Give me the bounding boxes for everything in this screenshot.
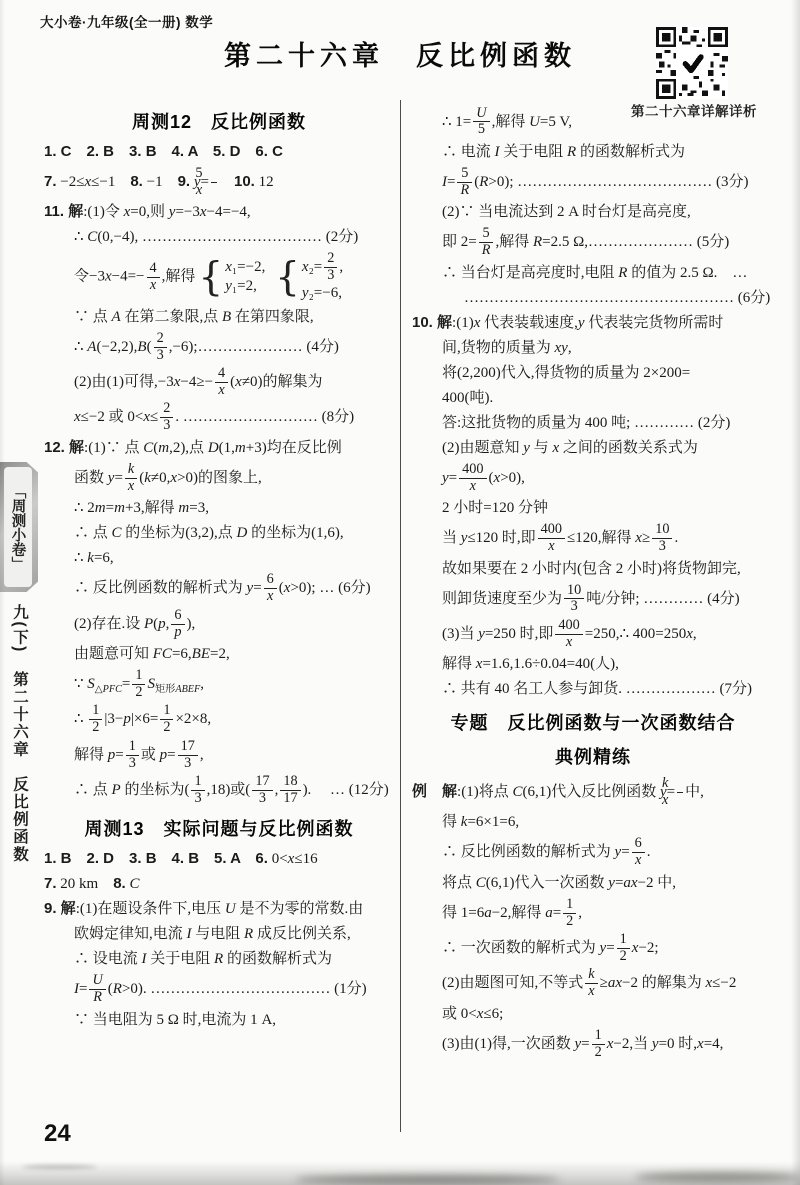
solution-line: 7. −2≤x≤−1 8. −1 9. y=5x 10. 12	[44, 166, 394, 199]
solution-line: (2)由题意知 y 与 x 之间的函数关系式为	[412, 437, 774, 460]
solution-line: 欧姆定律知,电流 I 与电阻 R 成反比例关系,	[44, 923, 394, 946]
scan-smudge	[295, 1175, 560, 1184]
solution-line: 7. 20 km 8. C	[44, 873, 394, 896]
solution-line: 得 1=6a−2,解得 a=12,	[412, 897, 774, 930]
solution-line: I=UR(R>0). ……………………………… (1分)	[44, 973, 394, 1006]
sidebar-tab-badge: 「周测小卷」	[0, 462, 38, 592]
solution-line: 答:这批货物的质量为 400 吨; ………… (2分)	[412, 412, 774, 435]
solution-line: 例 解:(1)将点 C(6,1)代入反比例函数 y=kx中,	[412, 776, 774, 809]
solution-line: I=5R(R>0); ………………………………… (3分)	[412, 166, 774, 199]
solution-line: ∵ 当电阻为 5 Ω 时,电流为 1 A,	[44, 1009, 394, 1032]
solution-line: ∴ 共有 40 名工人参与卸货. ……………… (7分)	[412, 678, 774, 701]
solution-line: ∴ 点 P 的坐标为(13,18)或(173,1817). … (12分)	[44, 774, 394, 807]
solution-line: 2 小时=120 分钟	[412, 497, 774, 520]
solution-line: ∴ 当台灯是高亮度时,电阻 R 的值为 2.5 Ω. …	[412, 262, 774, 285]
page-number: 24	[44, 1120, 71, 1148]
solution-line: ∴ 设电流 I 关于电阻 R 的函数解析式为	[44, 948, 394, 971]
scan-smudge	[635, 1172, 800, 1182]
solution-line: 令−3x−4=−4x,解得{x₁=−2,y₁=2, {x₂=23,y₂=−6,	[44, 251, 394, 303]
solution-line: 解得 x=1.6,1.6÷0.04=40(人),	[412, 653, 774, 676]
solution-line: 函数 y=kx(k≠0,x>0)的图象上,	[44, 462, 394, 495]
solution-line: y=400x(x>0),	[412, 462, 774, 495]
solution-line: 10. 解:(1)x 代表装载速度,y 代表装完货物所需时	[412, 312, 774, 335]
solution-line: (3)由(1)得,一次函数 y=12x−2,当 y=0 时,x=4,	[412, 1028, 774, 1061]
solution-line: 将(2,200)代入,得货物的质量为 2×200=	[412, 362, 774, 385]
scan-edge-left	[0, 0, 5, 1185]
solution-line: 12. 解:(1)∵ 点 C(m,2),点 D(1,m+3)均在反比例	[44, 437, 394, 460]
solution-line: ∴ A(−2,2),B(23,−6);………………… (4分)	[44, 331, 394, 364]
solution-line: 则卸货速度至少为103吨/分钟; ………… (4分)	[412, 583, 774, 616]
solution-line: 1. C 2. B 3. B 4. A 5. D 6. C	[44, 141, 394, 164]
workbook-page: 大小卷·九年级(全一册) 数学 第二十六章 反比例函数	[0, 0, 800, 1185]
solution-line: ∴ 1=U5,解得 U=5 V,	[412, 106, 774, 139]
sidebar-badge-label: 「周测小卷」	[4, 467, 32, 587]
solution-line: 解得 p=13或 p=173,	[44, 739, 394, 772]
solution-line: (2)存在.设 P(p,6p),	[44, 608, 394, 641]
booklet-header: 大小卷·九年级(全一册) 数学	[40, 11, 213, 31]
solution-line: ……………………………………………… (6分)	[412, 287, 774, 310]
solution-line: ∴ 点 C 的坐标为(3,2),点 D 的坐标为(1,6),	[44, 522, 394, 545]
solution-line: (2)∵ 当电流达到 2 A 时台灯是高亮度,	[412, 201, 774, 224]
solution-line: 得 k=6×1=6,	[412, 811, 774, 834]
qr-code-icon	[653, 27, 731, 99]
solution-line: (3)当 y=250 时,即400x=250,∴ 400=250x,	[412, 618, 774, 651]
solution-line: 1. B 2. D 3. B 4. B 5. A 6. 0<x≤16	[44, 848, 394, 871]
section-heading: 典例精练	[412, 743, 774, 769]
solution-line: ∴ k=6,	[44, 547, 394, 570]
sidebar-spine-text: 九(下) 第二十六章 反比例函数	[8, 604, 30, 944]
solution-line: 即 2=5R,解得 R=2.5 Ω,………………… (5分)	[412, 226, 774, 259]
solution-line: 当 y≤120 时,即400x≤120,解得 x≥103.	[412, 522, 774, 555]
solution-line: x≤−2 或 0<x≤23. ……………………… (8分)	[44, 401, 394, 434]
solution-line: ∵ S△PFC=12S矩形ABEF,	[44, 668, 394, 701]
solution-line: ∵ 点 A 在第二象限,点 B 在第四象限,	[44, 306, 394, 329]
solution-line: 将点 C(6,1)代入一次函数 y=ax−2 中,	[412, 872, 774, 895]
solution-line: 故如果要在 2 小时内(包含 2 小时)将货物卸完,	[412, 558, 774, 581]
solution-line: 9. 解:(1)在题设条件下,电压 U 是不为零的常数.由	[44, 898, 394, 921]
section-heading: 专题 反比例函数与一次函数结合	[412, 709, 774, 735]
solution-line: ∴ 电流 I 关于电阻 R 的函数解析式为	[412, 141, 774, 164]
solution-line: ∴ 2m=m+3,解得 m=3,	[44, 497, 394, 520]
solution-line: ∴ 12|3−p|×6=12×2×8,	[44, 703, 394, 736]
scan-edge-right	[791, 0, 800, 1185]
solution-line: ∴ C(0,−4), ……………………………… (2分)	[44, 226, 394, 249]
solution-line: (2)由题图可知,不等式kx≥ax−2 的解集为 x≤−2	[412, 967, 774, 1000]
qr-code	[653, 27, 731, 99]
section-heading: 周测13 实际问题与反比例函数	[44, 815, 394, 841]
solution-line: (2)由(1)可得,−3x−4≥−4x(x≠0)的解集为	[44, 366, 394, 399]
solution-line: 11. 解:(1)令 x=0,则 y=−3x−4=−4,	[44, 201, 394, 224]
right-column: ∴ 1=U5,解得 U=5 V,∴ 电流 I 关于电阻 R 的函数解析式为I=5…	[412, 103, 774, 1085]
section-heading: 周测12 反比例函数	[44, 108, 394, 134]
scan-smudge	[22, 1165, 97, 1169]
solution-line: 400(吨).	[412, 387, 774, 410]
solution-line: ∴ 一次函数的解析式为 y=12x−2;	[412, 932, 774, 965]
solution-line: 或 0<x≤6;	[412, 1003, 774, 1026]
left-column: 周测12 反比例函数1. C 2. B 3. B 4. A 5. D 6. C7…	[44, 100, 394, 1110]
solution-line: 由题意可知 FC=6,BE=2,	[44, 643, 394, 666]
column-divider	[400, 100, 401, 1132]
solution-line: 间,货物的质量为 xy,	[412, 337, 774, 360]
solution-line: ∴ 反比例函数的解析式为 y=6x(x>0); … (6分)	[44, 572, 394, 605]
solution-line: ∴ 反比例函数的解析式为 y=6x.	[412, 836, 774, 869]
